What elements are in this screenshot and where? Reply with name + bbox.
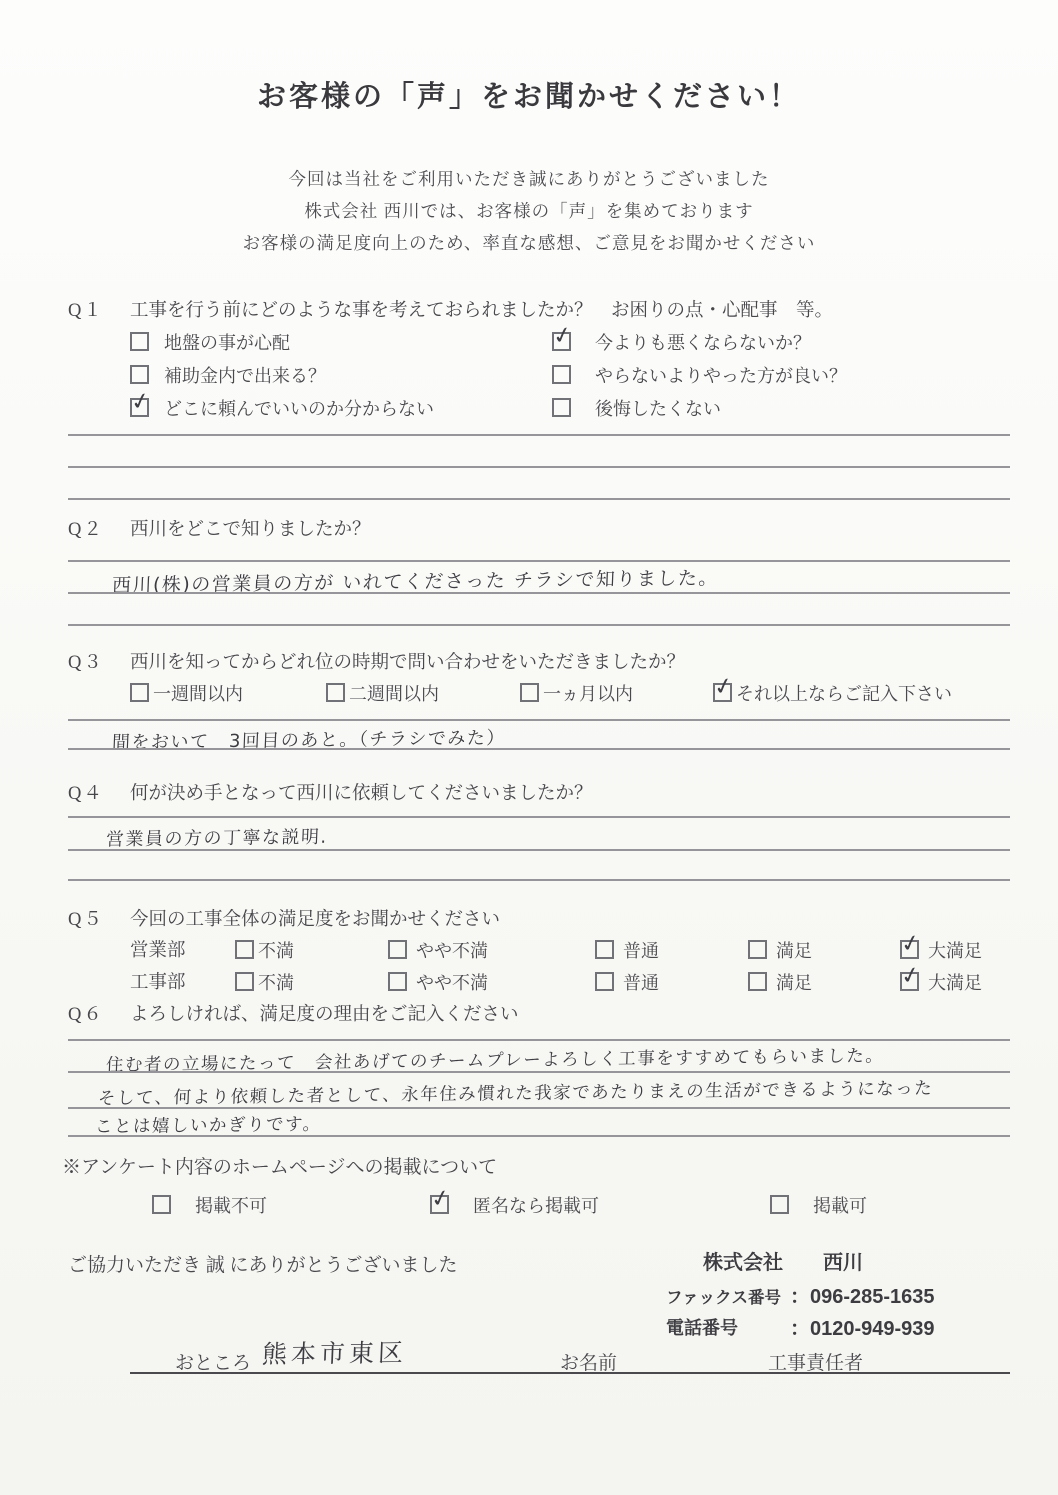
checkbox-label: 地盤の事が心配 xyxy=(164,333,290,353)
q5-option[interactable]: やや不満 xyxy=(388,969,488,995)
survey-form-page: お客様の「声」をお聞かせください！ 今回は当社をご利用いただき誠にありがとうござ… xyxy=(0,0,1058,1495)
fax-number: ：096-285-1635 xyxy=(790,1280,935,1309)
checkbox-icon[interactable] xyxy=(152,1195,171,1214)
checkbox-icon[interactable] xyxy=(713,683,732,702)
q3-option[interactable]: 一ヵ月以内 xyxy=(520,680,633,706)
q5-dept-label: 営業部 xyxy=(130,936,186,962)
q5-option[interactable]: 普通 xyxy=(595,969,659,995)
checkbox-label: 補助金内で出来る？ xyxy=(164,366,326,386)
answer-line xyxy=(68,498,1010,500)
checkbox-label: 二週間以内 xyxy=(349,684,439,704)
answer-line xyxy=(68,1135,1010,1137)
checkbox-icon[interactable] xyxy=(748,940,767,959)
checkbox-icon[interactable] xyxy=(388,972,407,991)
company-name: 株式会社 西川 xyxy=(703,1246,863,1275)
checkbox-icon[interactable] xyxy=(552,365,571,384)
checkbox-icon[interactable] xyxy=(235,940,254,959)
q1-option[interactable]: やらないよりやった方が良い？ xyxy=(552,362,847,388)
answer-line xyxy=(68,434,1010,436)
checkbox-icon[interactable] xyxy=(595,940,614,959)
name-label: お名前 xyxy=(560,1348,617,1375)
answer-line xyxy=(68,1039,1010,1041)
fax-label: ファックス番号 xyxy=(666,1284,781,1308)
phone-number: ：0120-949-939 xyxy=(790,1312,935,1341)
checkbox-label: 掲載不可 xyxy=(195,1196,267,1216)
checkbox-icon[interactable] xyxy=(900,972,919,991)
publication-option[interactable]: 掲載不可 xyxy=(152,1192,267,1218)
checkbox-icon[interactable] xyxy=(130,365,149,384)
checkbox-label: やらないよりやった方が良い？ xyxy=(595,366,847,386)
q3-question: 西川を知ってからどれ位の時期で問い合わせをいただきましたか？ xyxy=(130,648,685,674)
checkbox-label: 大満足 xyxy=(928,973,982,993)
checkbox-label: 不満 xyxy=(258,973,294,993)
q5-dept-label: 工事部 xyxy=(130,968,186,994)
answer-line xyxy=(68,624,1010,626)
q2-number: Q２ xyxy=(68,515,104,541)
q3-option[interactable]: 一週間以内 xyxy=(130,680,243,706)
q1-option[interactable]: どこに頼んでいいのか分からない xyxy=(130,395,434,421)
q6-number: Q６ xyxy=(68,1000,104,1026)
answer-line xyxy=(68,1107,1010,1109)
checkbox-icon[interactable] xyxy=(388,940,407,959)
answer-line xyxy=(68,816,1010,818)
checkbox-icon[interactable] xyxy=(430,1195,449,1214)
address-handwritten-value: 熊本市東区 xyxy=(261,1333,407,1371)
checkbox-icon[interactable] xyxy=(552,398,571,417)
page-title: お客様の「声」をお聞かせください！ xyxy=(0,74,1058,115)
q1-question: 工事を行う前にどのような事を考えておられましたか？ お困りの点・心配事 等。 xyxy=(130,296,833,322)
checkbox-label: 普通 xyxy=(623,973,659,993)
checkbox-label: それ以上ならご記入下さい xyxy=(736,684,952,704)
intro-line: 今回は当社をご利用いただき誠にありがとうございました xyxy=(0,166,1058,191)
checkbox-label: やや不満 xyxy=(416,941,488,961)
checkbox-label: 匿名なら掲載可 xyxy=(473,1196,599,1216)
checkbox-label: 満足 xyxy=(776,973,812,993)
checkbox-icon[interactable] xyxy=(595,972,614,991)
q5-row-construction: 工事部 不満 やや不満 普通 満足 大満足 xyxy=(130,968,1030,994)
q1-option[interactable]: 今よりも悪くならないか？ xyxy=(552,329,811,355)
checkbox-label: 掲載可 xyxy=(813,1196,867,1216)
phone-label: 電話番号 xyxy=(666,1314,738,1340)
checkbox-icon[interactable] xyxy=(770,1195,789,1214)
q3-option[interactable]: 二週間以内 xyxy=(326,680,439,706)
q3-options: 一週間以内 二週間以内 一ヵ月以内 それ以上ならご記入下さい xyxy=(130,680,1030,708)
q6-handwritten-line: そして、何より依頼した者として、永年住み慣れた我家であたりまえの生活ができるよう… xyxy=(98,1075,934,1110)
checkbox-icon[interactable] xyxy=(748,972,767,991)
q5-question: 今回の工事全体の満足度をお聞かせください xyxy=(130,905,500,931)
q5-row-sales: 営業部 不満 やや不満 普通 満足 大満足 xyxy=(130,936,1030,962)
checkbox-icon[interactable] xyxy=(130,332,149,351)
answer-line xyxy=(68,592,1010,594)
q5-option[interactable]: 大満足 xyxy=(900,937,982,963)
answer-line xyxy=(68,466,1010,468)
answer-line xyxy=(68,560,1010,562)
q5-option[interactable]: 満足 xyxy=(748,969,812,995)
answer-line xyxy=(68,849,1010,851)
q2-question: 西川をどこで知りましたか？ xyxy=(130,515,371,541)
q5-option[interactable]: 大満足 xyxy=(900,969,982,995)
checkbox-icon[interactable] xyxy=(900,940,919,959)
checkbox-icon[interactable] xyxy=(130,398,149,417)
q3-option[interactable]: それ以上ならご記入下さい xyxy=(713,680,952,706)
checkbox-icon[interactable] xyxy=(520,683,539,702)
checkbox-label: やや不満 xyxy=(416,973,488,993)
thanks-message: ご協力いただき 誠 にありがとうございました xyxy=(68,1250,458,1277)
checkbox-label: 後悔したくない xyxy=(595,399,721,419)
checkbox-label: 一ヵ月以内 xyxy=(543,684,633,704)
checkbox-icon[interactable] xyxy=(326,683,345,702)
checkbox-label: 大満足 xyxy=(928,941,982,961)
answer-line xyxy=(68,748,1010,750)
publication-option[interactable]: 掲載可 xyxy=(770,1192,867,1218)
q1-option[interactable]: 後悔したくない xyxy=(552,395,721,421)
publication-option[interactable]: 匿名なら掲載可 xyxy=(430,1192,599,1218)
q1-option[interactable]: 地盤の事が心配 xyxy=(130,329,290,355)
answer-line xyxy=(68,1071,1010,1073)
q6-question: よろしければ、満足度の理由をご記入ください xyxy=(130,1000,519,1026)
q5-option[interactable]: やや不満 xyxy=(388,937,488,963)
checkbox-icon[interactable] xyxy=(235,972,254,991)
q4-number: Q４ xyxy=(68,779,104,805)
q5-option[interactable]: 満足 xyxy=(748,937,812,963)
q4-question: 何が決め手となって西川に依頼してくださいましたか？ xyxy=(130,779,593,805)
q5-option[interactable]: 不満 xyxy=(235,969,294,995)
publication-options: 掲載不可 匿名なら掲載可 掲載可 xyxy=(0,1192,1058,1220)
q4-handwritten-answer: 営業員の方の丁寧な説明. xyxy=(105,823,328,852)
q5-option[interactable]: 不満 xyxy=(235,937,294,963)
q1-number: Q１ xyxy=(68,296,104,322)
signature-line xyxy=(130,1372,1010,1374)
q1-options: 地盤の事が心配 今よりも悪くならないか？ 補助金内で出来る？ やらないよりやった… xyxy=(130,329,1030,429)
checkbox-label: 今よりも悪くならないか？ xyxy=(595,333,811,353)
answer-line xyxy=(68,879,1010,881)
checkbox-label: どこに頼んでいいのか分からない xyxy=(164,399,434,419)
manager-label: 工事責任者 xyxy=(768,1348,863,1375)
intro-line: 株式会社 西川では、お客様の「声」を集めております xyxy=(0,198,1058,223)
checkbox-icon[interactable] xyxy=(552,332,571,351)
address-label: おところ xyxy=(175,1348,251,1375)
intro-line: お客様の満足度向上のため、率直な感想、ご意見をお聞かせください xyxy=(0,230,1058,255)
checkbox-label: 満足 xyxy=(776,941,812,961)
q5-option[interactable]: 普通 xyxy=(595,937,659,963)
checkbox-label: 一週間以内 xyxy=(153,684,243,704)
checkbox-label: 不満 xyxy=(258,941,294,961)
q3-number: Q３ xyxy=(68,648,104,674)
checkbox-icon[interactable] xyxy=(130,683,149,702)
answer-line xyxy=(68,719,1010,721)
q1-option[interactable]: 補助金内で出来る？ xyxy=(130,362,326,388)
q5-number: Q５ xyxy=(68,905,104,931)
publication-note: ※アンケート内容のホームページへの掲載について xyxy=(62,1152,497,1179)
checkbox-label: 普通 xyxy=(623,941,659,961)
